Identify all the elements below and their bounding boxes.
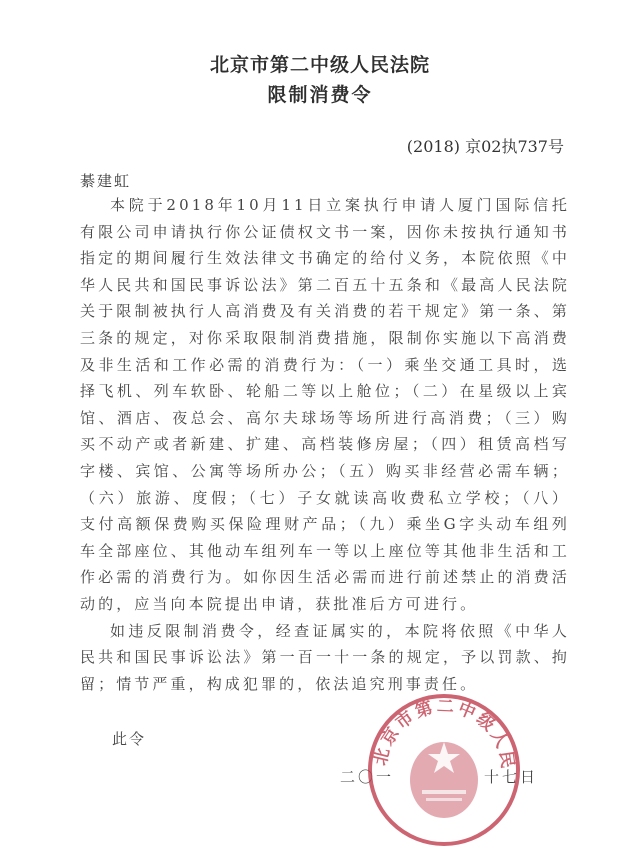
case-number: (2018) 京02执737号 (407, 134, 564, 157)
closing-phrase: 此令 (112, 728, 146, 749)
paragraph-restrictions: 本院于2018年10月11日立案执行申请人厦门国际信托有限公司申请执行你公证债权… (80, 192, 570, 618)
court-name: 北京市第二中级人民法院 (0, 50, 640, 77)
document-title: 限制消费令 (0, 80, 640, 107)
court-seal-icon: 北京市第二中级人民法院 (364, 690, 524, 850)
addressee: 綦建虹 (80, 170, 131, 191)
document-body: 本院于2018年10月11日立案执行申请人厦门国际信托有限公司申请执行你公证债权… (80, 192, 570, 697)
paragraph-penalty: 如违反限制消费令，经查证属实的，本院将依照《中华人民共和国民事诉讼法》第一百一十… (80, 618, 570, 698)
